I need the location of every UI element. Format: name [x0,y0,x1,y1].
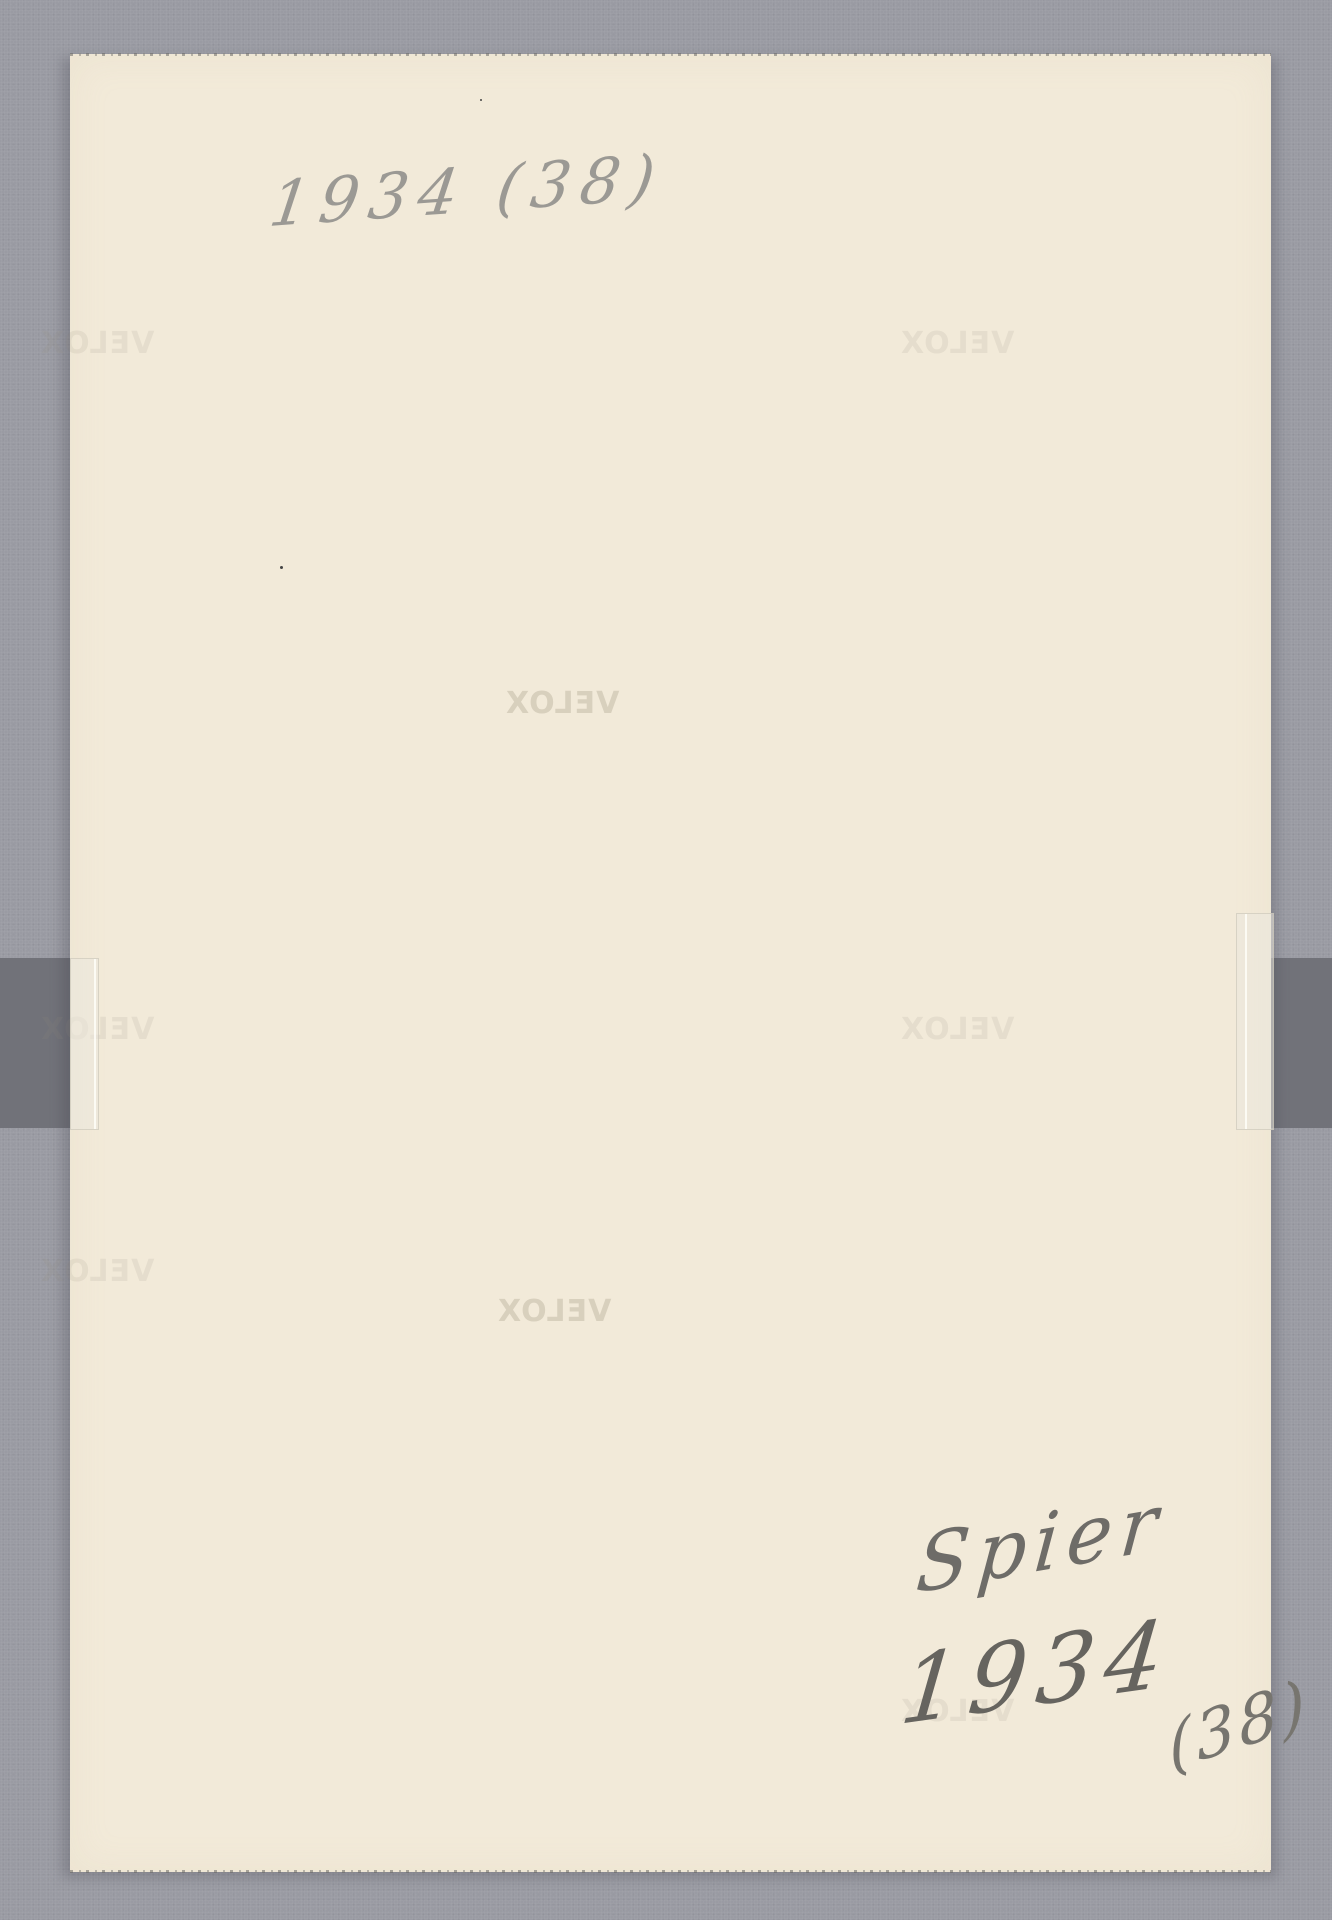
photo-print-verso: VELOX VELOX VELOX VELOX VELOX VELOX VELO… [70,54,1271,1872]
pencil-signature: Spier [913,1476,1169,1613]
paper-speck [280,566,283,569]
watermark-velox: VELOX [40,1254,154,1289]
tape-strip-left [70,958,99,1130]
watermark-velox: VELOX [505,686,619,721]
watermark-velox: VELOX [900,1012,1014,1047]
paper-speck [480,99,482,101]
tape-strip-right [1236,913,1274,1130]
watermark-velox: VELOX [900,326,1014,361]
pencil-annotation-date: 1934 (38) [265,140,669,241]
pencil-year: 1934 [896,1599,1179,1747]
watermark-velox: VELOX [497,1294,611,1329]
watermark-velox: VELOX [40,326,154,361]
